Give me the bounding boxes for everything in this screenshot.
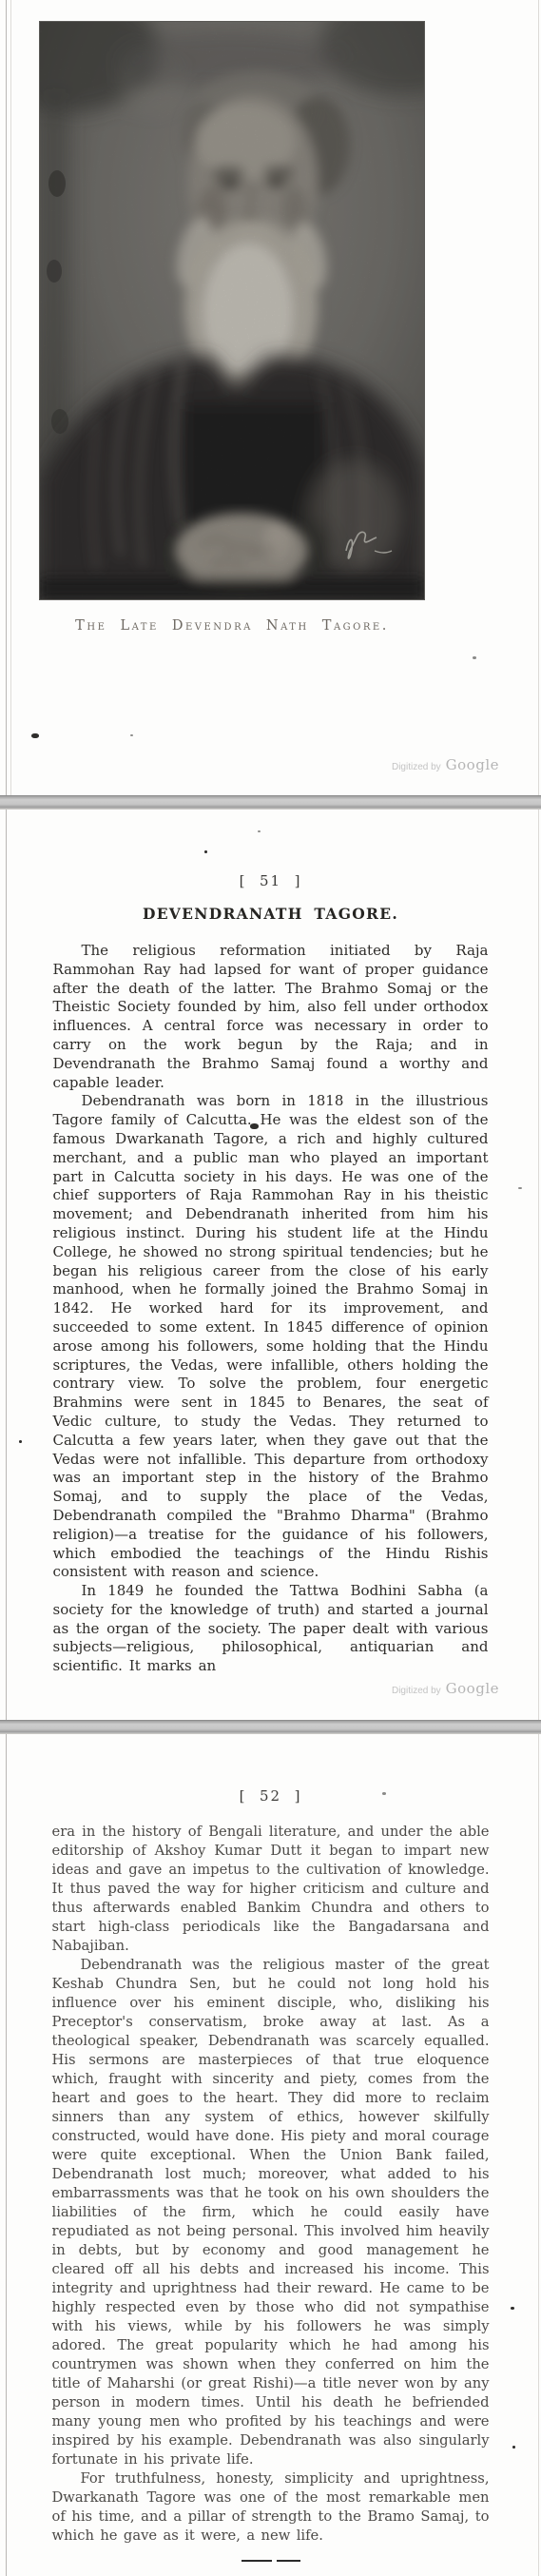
paragraph: For truthfulness, honesty, simplicity an… xyxy=(52,2469,490,2546)
ink-blot xyxy=(250,1123,259,1129)
watermark-text: Digitized by xyxy=(392,762,441,772)
scan-speck xyxy=(19,1440,22,1443)
folio-52: [ 52 ] xyxy=(0,1734,541,1805)
end-rule xyxy=(242,2560,300,2562)
google-logo: Google xyxy=(446,756,499,773)
page-edge-line xyxy=(538,0,539,795)
page-edge-line xyxy=(538,1734,539,2576)
page-separator xyxy=(0,795,541,809)
page-edge-line xyxy=(6,810,7,1720)
folio-51: [ 51 ] xyxy=(0,810,541,889)
scanned-page-52: [ 52 ] era in the history of Bengali lit… xyxy=(0,1733,541,2576)
page-edge-line xyxy=(6,0,7,795)
google-watermark: Digitized by Google xyxy=(392,756,499,773)
scanned-page-plate: The Late Devendra Nath Tagore. Digitized… xyxy=(0,0,541,795)
article-heading: DEVENDRANATH TAGORE. xyxy=(0,905,541,923)
scan-speck xyxy=(511,2307,514,2310)
scan-speck xyxy=(204,850,207,853)
paragraph: In 1849 he founded the Tattwa Bodhini Sa… xyxy=(53,1582,489,1676)
page-separator xyxy=(0,1720,541,1733)
paragraph: Debendranath was born in 1818 in the ill… xyxy=(53,1092,489,1582)
paragraph: Debendranath was the religious master of… xyxy=(52,1956,490,2469)
body-text-page-52: era in the history of Bengali literature… xyxy=(52,1823,490,2546)
page-edge-line xyxy=(538,810,539,1720)
scan-speck xyxy=(130,734,133,736)
google-logo: Google xyxy=(446,1680,499,1697)
paragraph: The religious reformation initiated by R… xyxy=(53,942,489,1092)
body-text-page-51: The religious reformation initiated by R… xyxy=(53,942,489,1676)
scan-speck xyxy=(258,830,261,832)
google-watermark: Digitized by Google xyxy=(392,1680,499,1697)
scan-speck xyxy=(31,733,39,738)
page-edge-line xyxy=(6,1734,7,2576)
scan-speck xyxy=(518,1187,522,1189)
scan-speck xyxy=(473,656,476,659)
scan-speck xyxy=(382,1792,386,1795)
scan-speck xyxy=(512,2446,515,2449)
paragraph: era in the history of Bengali literature… xyxy=(52,1823,490,1956)
scanned-page-51: [ 51 ] DEVENDRANATH TAGORE. The religiou… xyxy=(0,809,541,1720)
page-edge-line xyxy=(10,0,11,795)
portrait-photo xyxy=(40,22,424,599)
photo-caption: The Late Devendra Nath Tagore. xyxy=(40,618,424,634)
watermark-text: Digitized by xyxy=(392,1686,441,1696)
